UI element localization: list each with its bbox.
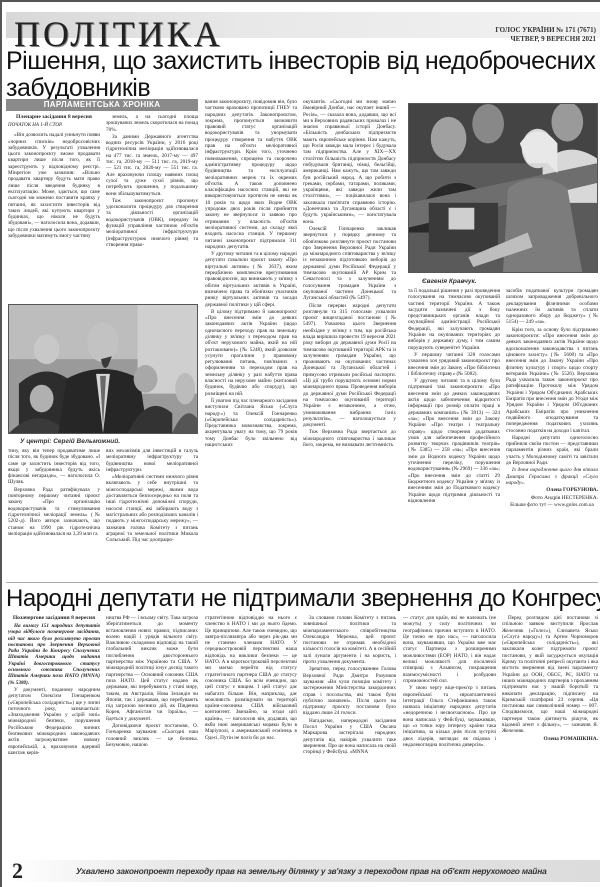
paragraph: «Він дозволить надалі уникнути появи «чо…	[8, 132, 100, 239]
paragraph: У першому читанні 328 голосами ухвалено …	[408, 352, 500, 377]
continued-note: ПОЧАТОК НА 1-Й СТОР.	[8, 123, 100, 129]
paragraph: Народні депутати одноголосно прийняли св…	[506, 435, 598, 466]
paragraph: засобів податкової культури громадян шля…	[506, 288, 598, 326]
lead-paragraph: На вимогу 151 народних депутатів учора в…	[8, 623, 100, 686]
article2-headline: Народні депутати не підтримали звернення…	[6, 586, 596, 612]
paragraph: Тож Верховна Рада звертається до міжнаро…	[303, 429, 396, 448]
article-divider	[6, 582, 598, 583]
photo-yevheniia-kravchuk	[408, 103, 598, 273]
paragraph: За даними Державного агентства водних ре…	[106, 134, 198, 197]
article2-column-2: ництва РФ — і всьому світу. Така загроза…	[106, 615, 198, 855]
article1-column-5: та її подальші рішення у разі проведення…	[408, 288, 500, 580]
article1-column-6: засобів податкової культури громадян шля…	[506, 288, 598, 580]
paragraph: ництва РФ — і всьому світу. Така загроза…	[106, 615, 198, 722]
photo-serhii-velmozhnyi	[8, 304, 198, 434]
paragraph: Її увагою під час пленарного засідання в…	[205, 398, 297, 448]
footer-teaser: Ухвалено законопроект переходу прав на з…	[76, 866, 547, 876]
photo-credit: Фото Андрія НЕСТЕРЕНКА.	[506, 495, 598, 501]
page-number: 2	[12, 858, 23, 884]
paragraph: «Меліоративні системи нижчого рівня вклю…	[106, 474, 198, 543]
paragraph: Тож законопроєкт пропонує удосконалити п…	[106, 198, 198, 248]
article2-column-4: За словами голови Комітету з питань зовн…	[303, 615, 396, 855]
paragraph: вих механізмів для інвестицій в галузь м…	[106, 448, 198, 473]
newspaper-page: ПОЛІТИКА ГОЛОС УКРАЇНИ № 171 (7671) ЧЕТВ…	[0, 0, 600, 887]
paragraph: За словами голови Комітету з питань зовн…	[303, 615, 396, 665]
article1-column-4: окупантів. «Сьогодні ми знову маємо ймов…	[303, 99, 396, 580]
article2-column-6: Перед розглядом цієї постанови зі спільн…	[502, 615, 598, 855]
subhead: Позачергове засідання 8 вересня	[8, 615, 100, 622]
author-signature: Олена РОМАШКІНА.	[502, 736, 598, 742]
paragraph: Перед розглядом цієї постанови зі спільн…	[502, 615, 598, 735]
photo2-caption: Євгенія Кравчук.	[422, 278, 477, 285]
paragraph: вання законопроєкту, повідомив він, було…	[205, 99, 297, 250]
article1-column-3: вання законопроєкту, повідомив він, було…	[205, 99, 297, 580]
paragraph: У другому читанні та в цілому народні де…	[205, 251, 297, 308]
paragraph: земель, а на сьогодні площа зрошуваних з…	[106, 114, 198, 133]
more-photos-link[interactable]: Більше фото тут — www.golos.com.ua	[506, 502, 598, 508]
author-signature: Олена ГОРБУНОВА.	[506, 487, 598, 493]
article2-column-1: Позачергове засідання 8 вересня На вимог…	[8, 615, 100, 855]
article1-headline: Рішення, що захистить інвесторів від нед…	[6, 48, 596, 102]
paragraph: та її подальші рішення у разі проведення…	[408, 288, 500, 351]
issue-date: ЧЕТВЕР, 9 ВЕРЕСНЯ 2021	[495, 35, 596, 44]
issue-info: ГОЛОС УКРАЇНИ № 171 (7671) ЧЕТВЕР, 9 ВЕР…	[495, 26, 596, 44]
rubric-label: ПАРЛАМЕНТСЬКА ХРОНІКА	[6, 99, 198, 111]
paragraph: Нагадаємо, напередодні засідання Посол У…	[303, 718, 396, 756]
newspaper-name: ГОЛОС УКРАЇНИ № 171 (7671)	[495, 26, 596, 35]
paragraph: Після перерви народні депутати розглянул…	[303, 303, 396, 429]
paragraph: Доповідаючи проєкт постанови, О. Гончаре…	[106, 723, 198, 748]
photo-image	[409, 104, 597, 272]
paragraph: У свою чергу віце-прем'єр з питань європ…	[403, 685, 496, 748]
subhead: Пленарне засідання 8 вересня	[8, 114, 100, 121]
article1-column-2: земель, а на сьогодні площа зрошуваних з…	[106, 114, 198, 284]
photo1-caption: У центрі: Сергій Вельможний.	[20, 438, 120, 445]
article1-column-1: Пленарне засідання 8 вересня ПОЧАТОК НА …	[8, 114, 100, 284]
article2-column-3: стратегічною відповіддю на нього є членс…	[205, 615, 297, 855]
paragraph: У документі, поданому народним депутатом…	[8, 687, 100, 756]
paragraph: В цілому підтримано й законопроєкт «Про …	[205, 309, 297, 397]
paragraph: окупантів. «Сьогодні ми знову маємо ймов…	[303, 99, 396, 225]
page-footer: 2 Ухвалено законопроект переходу прав на…	[6, 860, 600, 882]
paragraph: тину, яку він тепер продаватиме лише піс…	[8, 448, 100, 486]
paragraph: Олексій Гончаренко закликав звернутися у…	[303, 226, 396, 302]
paragraph: Крім того, за основу було підтримано зак…	[506, 327, 598, 434]
article1-column-2b: вих механізмів для інвестицій в галузь м…	[106, 448, 198, 580]
paragraph: У другому читанні та в цілому були підтр…	[408, 378, 500, 504]
paragraph: Із днем народження цього дня вітали Дмит…	[506, 467, 598, 486]
paragraph: Верховна Рада ратифікувала у повторному …	[8, 487, 100, 537]
masthead: ПОЛІТИКА ГОЛОС УКРАЇНИ № 171 (7671) ЧЕТВ…	[6, 12, 600, 38]
photo-image	[9, 305, 197, 433]
paragraph: стратегічною відповіддю на нього є членс…	[205, 615, 297, 741]
article1-column-1b: тину, яку він тепер продаватиме лише піс…	[8, 448, 100, 580]
paragraph: — статус для країн, які не належать (не …	[403, 615, 496, 684]
paragraph: Зрештою, перед голосуванням Голова Верхо…	[303, 666, 396, 716]
article2-column-5: — статус для країн, які не належать (не …	[403, 615, 496, 855]
